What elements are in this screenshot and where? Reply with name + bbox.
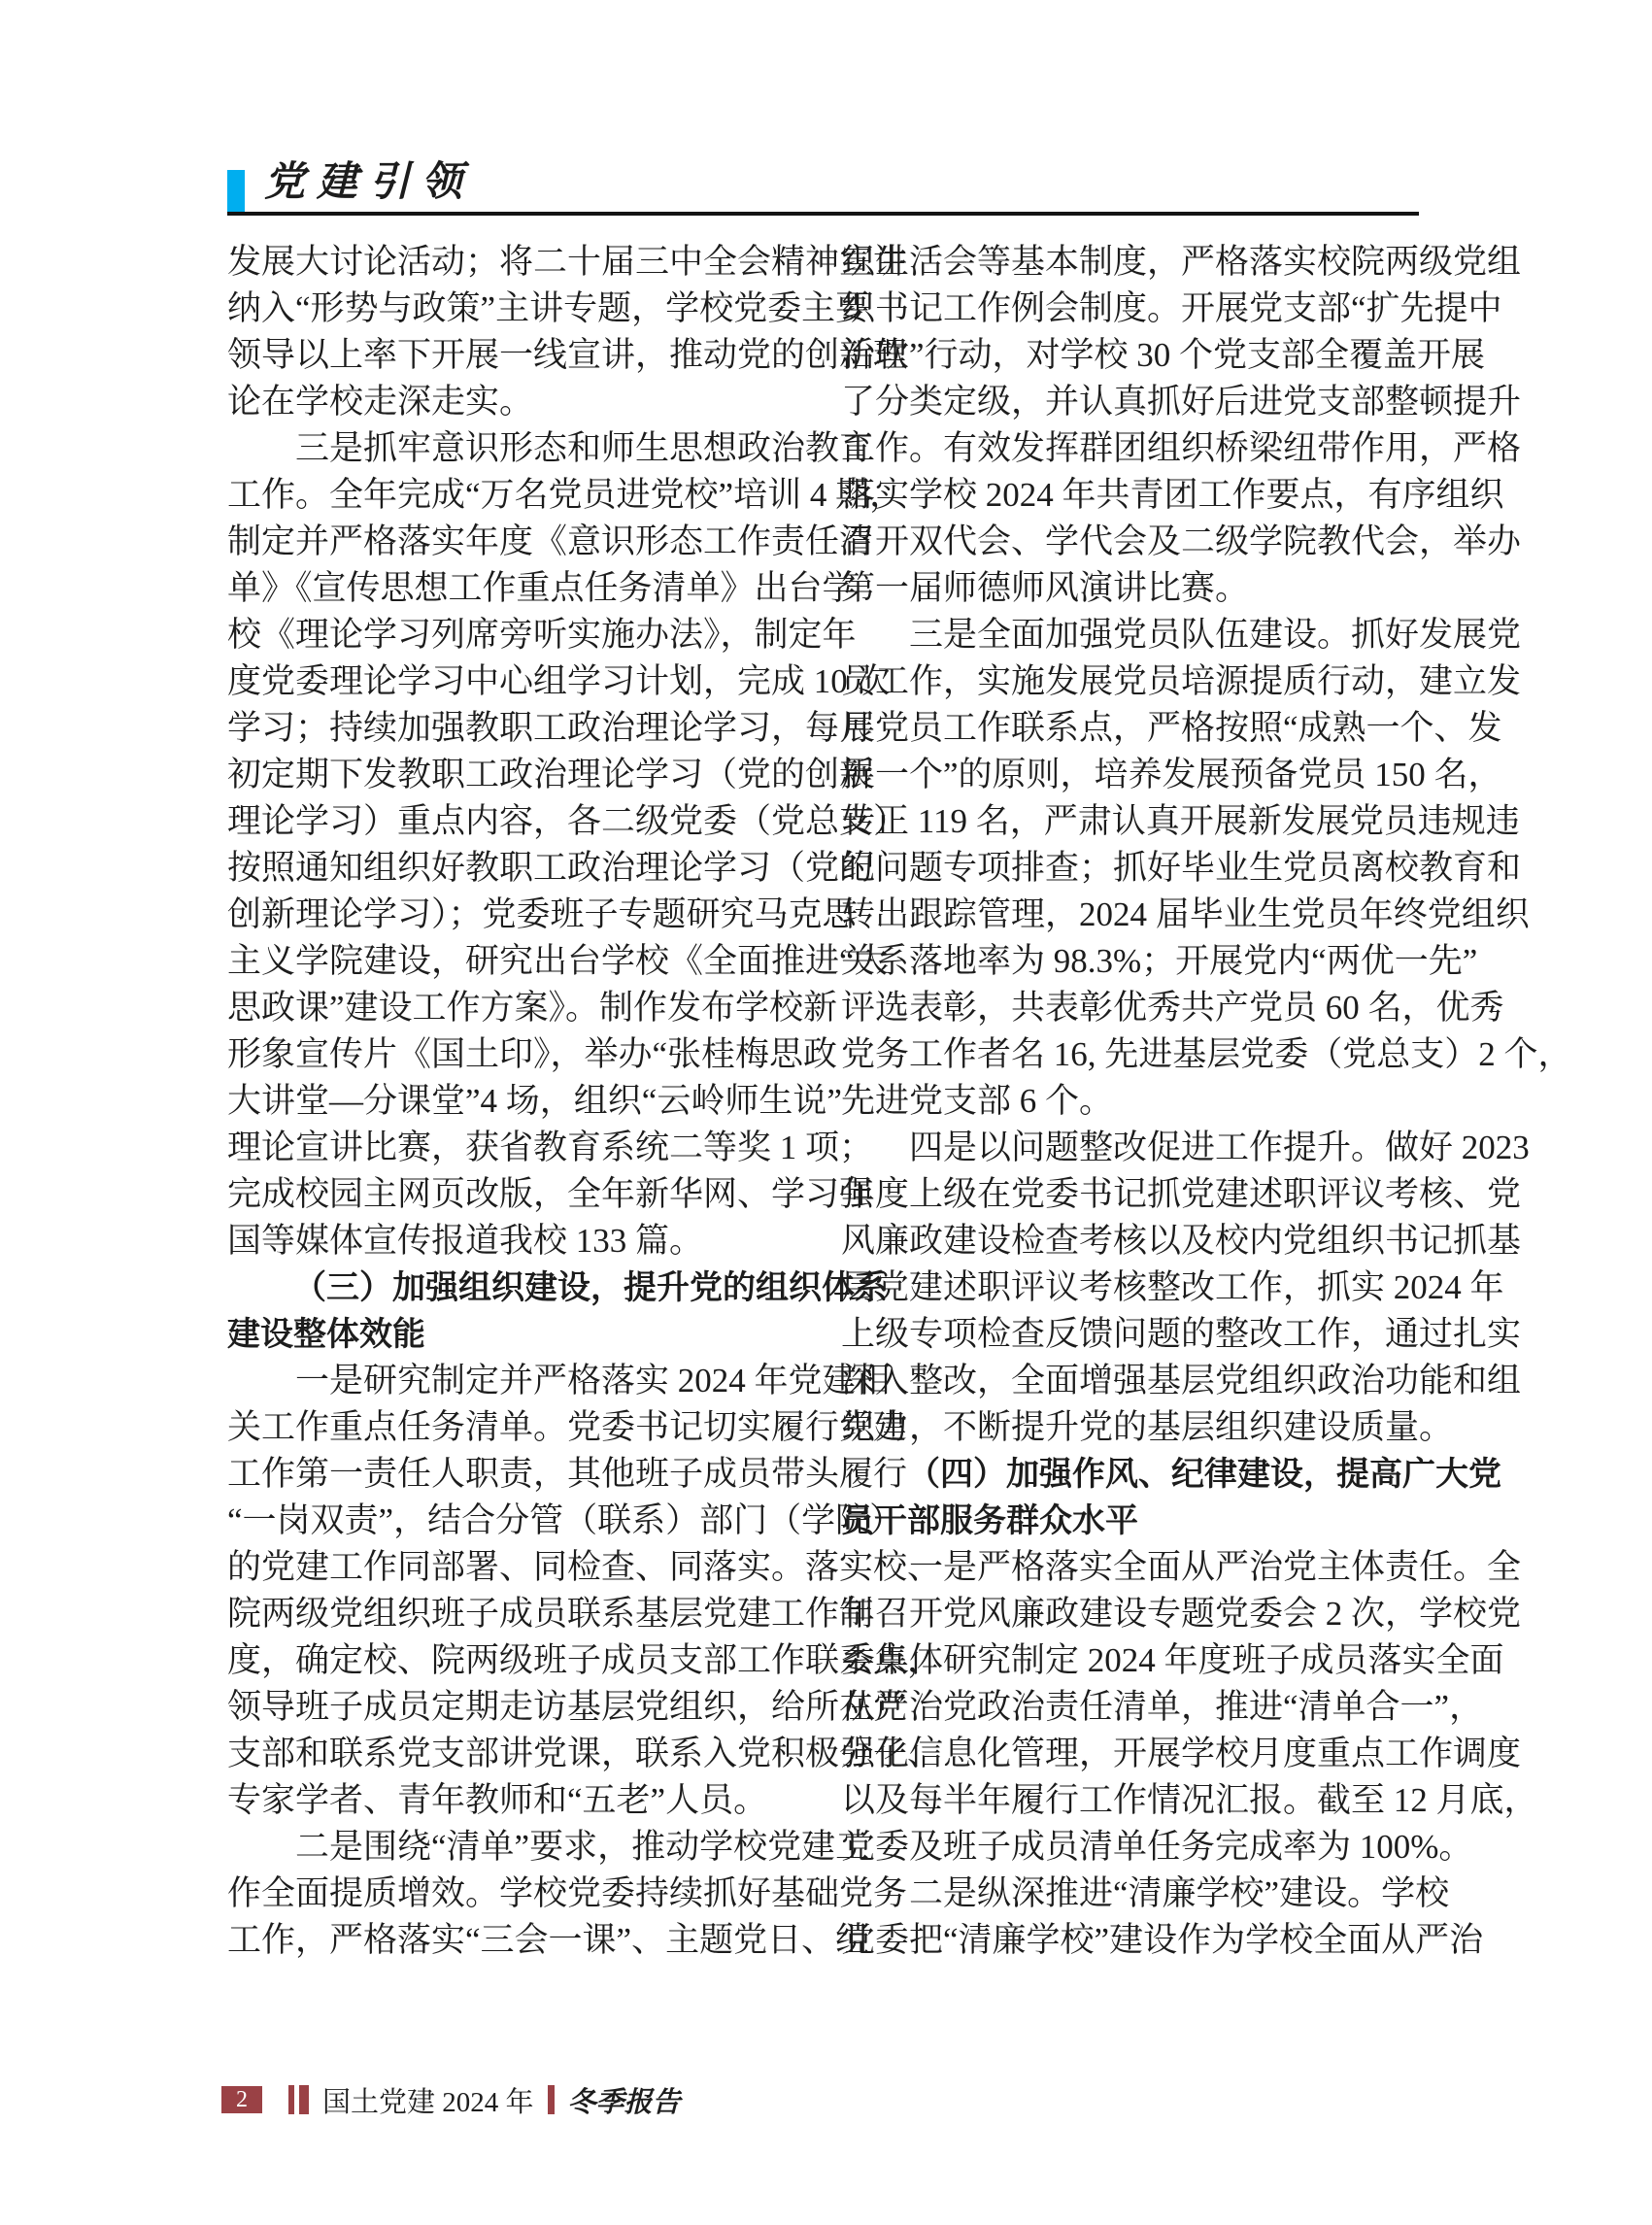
text-line: 院两级党组织班子成员联系基层党建工作制 xyxy=(227,1591,806,1637)
text-line: 论在学校走深走实。 xyxy=(227,379,806,425)
text-line: 工作。有效发挥群团组织桥梁纽带作用，严格 xyxy=(841,425,1419,472)
text-line: 转出跟踪管理，2024 届毕业生党员年终党组织 xyxy=(841,892,1419,938)
text-line: 从严治党政治责任清单，推进“清单合一”， xyxy=(841,1684,1419,1731)
text-line: 强化信息化管理，开展学校月度重点工作调度 xyxy=(841,1731,1419,1777)
text-line: 主义学院建设，研究出台学校《全面推进“大 xyxy=(227,938,806,985)
header-accent-block xyxy=(227,170,245,213)
text-line: 关工作重点任务清单。党委书记切实履行党建 xyxy=(227,1404,806,1451)
text-line: 思政课”建设工作方案》。制作发布学校新 xyxy=(227,985,806,1031)
text-line: 年度上级在党委书记抓党建述职评议考核、党 xyxy=(841,1171,1419,1218)
text-line: 年召开党风廉政建设专题党委会 2 次，学校党 xyxy=(841,1591,1419,1637)
text-line: 单》《宣传思想工作重点任务清单》出台学 xyxy=(227,565,806,612)
header-rule xyxy=(227,212,1419,216)
text-line: 工作。全年完成“万名党员进党校”培训 4 期， xyxy=(227,472,806,519)
text-line: 学习；持续加强教职工政治理论学习，每月 xyxy=(227,705,806,752)
text-line: 纳入“形势与政策”主讲专题，学校党委主要 xyxy=(227,286,806,332)
text-line: 工作第一责任人职责，其他班子成员带头履行 xyxy=(227,1451,806,1498)
text-line: 织力，不断提升党的基层组织建设质量。 xyxy=(841,1404,1419,1451)
text-line: 了分类定级，并认真抓好后进党支部整顿提升 xyxy=(841,379,1419,425)
text-line: 二是围绕“清单”要求，推动学校党建工 xyxy=(227,1824,806,1871)
journal-name: 国土党建 2024 年 xyxy=(322,2080,534,2120)
text-line: 大讲堂—分课堂”4 场，组织“云岭师生说” xyxy=(227,1078,806,1125)
text-line: 创新理论学习）；党委班子专题研究马克思 xyxy=(227,892,806,938)
text-line: （三）加强组织建设，提升党的组织体系 xyxy=(227,1264,806,1311)
text-line: 专家学者、青年教师和“五老”人员。 xyxy=(227,1777,806,1824)
text-line: 委集体研究制定 2024 年度班子成员落实全面 xyxy=(841,1637,1419,1684)
text-line: 党委及班子成员清单任务完成率为 100%。 xyxy=(841,1824,1419,1871)
text-line: 一是严格落实全面从严治党主体责任。全 xyxy=(841,1544,1419,1591)
text-line: 领导以上率下开展一线宣讲，推动党的创新理 xyxy=(227,332,806,379)
text-line: 展党员工作联系点，严格按照“成熟一个、发 xyxy=(841,705,1419,752)
text-line: 员工作，实施发展党员培源提质行动，建立发 xyxy=(841,658,1419,705)
text-line: “一岗双责”，结合分管（联系）部门（学院） xyxy=(227,1498,806,1544)
text-line: 支部和联系党支部讲党课，联系入党积极分子、 xyxy=(227,1731,806,1777)
text-line: 转正 119 名，严肃认真开展新发展党员违规违 xyxy=(841,798,1419,845)
document-page: 党建引领 发展大讨论活动；将二十届三中全会精神宣讲纳入“形势与政策”主讲专题，学… xyxy=(0,0,1652,2225)
text-line: 初定期下发教职工政治理论学习（党的创新 xyxy=(227,752,806,798)
text-line: 召开双代会、学代会及二级学院教代会，举办 xyxy=(841,519,1419,565)
text-line: 织生活会等基本制度，严格落实校院两级党组 xyxy=(841,239,1419,286)
text-line: 织书记工作例会制度。开展党支部“扩先提中 xyxy=(841,286,1419,332)
text-line: 四是以问题整改促进工作提升。做好 2023 xyxy=(841,1125,1419,1171)
page-number-badge: 2 xyxy=(221,2086,262,2113)
text-line: 度，确定校、院两级班子成员支部工作联系点， xyxy=(227,1637,806,1684)
text-line: 以及每半年履行工作情况汇报。截至 12 月底， xyxy=(841,1777,1419,1824)
section-title: 党建引领 xyxy=(264,150,474,208)
right-column: 织生活会等基本制度，严格落实校院两级党组织书记工作例会制度。开展党支部“扩先提中… xyxy=(841,239,1419,1964)
text-line: 上级专项检查反馈问题的整改工作，通过扎实 xyxy=(841,1311,1419,1358)
text-line: 关系落地率为 98.3%；开展党内“两优一先” xyxy=(841,938,1419,985)
footer-bar-icon xyxy=(299,2085,309,2114)
text-line: （四）加强作风、纪律建设，提高广大党 xyxy=(841,1451,1419,1498)
text-line: 党务工作者名 16, 先进基层党委（党总支）2 个， xyxy=(841,1031,1419,1078)
text-line: 层党建述职评议考核整改工作，抓实 2024 年 xyxy=(841,1264,1419,1311)
text-line: 国等媒体宣传报道我校 133 篇。 xyxy=(227,1218,806,1264)
footer-bar-icon xyxy=(548,2085,555,2114)
footer-bar-icon xyxy=(288,2085,294,2114)
text-line: 三是抓牢意识形态和师生思想政治教育 xyxy=(227,425,806,472)
text-line: 制定并严格落实年度《意识形态工作责任清 xyxy=(227,519,806,565)
text-line: 评选表彰，共表彰优秀共产党员 60 名，优秀 xyxy=(841,985,1419,1031)
text-line: 先进党支部 6 个。 xyxy=(841,1078,1419,1125)
text-line: 建设整体效能 xyxy=(227,1311,806,1358)
text-line: 三是全面加强党员队伍建设。抓好发展党 xyxy=(841,612,1419,658)
text-line: 按照通知组织好教职工政治理论学习（党的 xyxy=(227,845,806,892)
left-column: 发展大讨论活动；将二十届三中全会精神宣讲纳入“形势与政策”主讲专题，学校党委主要… xyxy=(227,239,806,1964)
text-line: 纪问题专项排查；抓好毕业生党员离校教育和 xyxy=(841,845,1419,892)
text-line: 一是研究制定并严格落实 2024 年党建相 xyxy=(227,1358,806,1404)
text-line: 党委把“清廉学校”建设作为学校全面从严治 xyxy=(841,1917,1419,1964)
text-line: 完成校园主网页改版，全年新华网、学习强 xyxy=(227,1171,806,1218)
text-line: 发展大讨论活动；将二十届三中全会精神宣讲 xyxy=(227,239,806,286)
issue-name: 冬季报告 xyxy=(568,2080,681,2120)
text-line: 作全面提质增效。学校党委持续抓好基础党务 xyxy=(227,1871,806,1917)
text-line: 形象宣传片《国土印》，举办“张桂梅思政 xyxy=(227,1031,806,1078)
page-footer: 2 国土党建 2024 年 冬季报告 xyxy=(221,2082,681,2117)
text-line: 治软”行动，对学校 30 个党支部全覆盖开展 xyxy=(841,332,1419,379)
text-line: 风廉政建设检查考核以及校内党组织书记抓基 xyxy=(841,1218,1419,1264)
text-line: 工作，严格落实“三会一课”、主题党日、组 xyxy=(227,1917,806,1964)
text-line: 第一届师德师风演讲比赛。 xyxy=(841,565,1419,612)
text-line: 员干部服务群众水平 xyxy=(841,1498,1419,1544)
text-line: 理论学习）重点内容，各二级党委（党总支） xyxy=(227,798,806,845)
text-line: 落实学校 2024 年共青团工作要点，有序组织 xyxy=(841,472,1419,519)
text-line: 展一个”的原则，培养发展预备党员 150 名， xyxy=(841,752,1419,798)
text-line: 理论宣讲比赛，获省教育系统二等奖 1 项； xyxy=(227,1125,806,1171)
text-line: 的党建工作同部署、同检查、同落实。落实校、 xyxy=(227,1544,806,1591)
text-line: 深入整改，全面增强基层党组织政治功能和组 xyxy=(841,1358,1419,1404)
text-line: 校《理论学习列席旁听实施办法》，制定年 xyxy=(227,612,806,658)
text-line: 领导班子成员定期走访基层党组织，给所在党 xyxy=(227,1684,806,1731)
text-line: 二是纵深推进“清廉学校”建设。学校 xyxy=(841,1871,1419,1917)
text-line: 度党委理论学习中心组学习计划，完成 10 次 xyxy=(227,658,806,705)
